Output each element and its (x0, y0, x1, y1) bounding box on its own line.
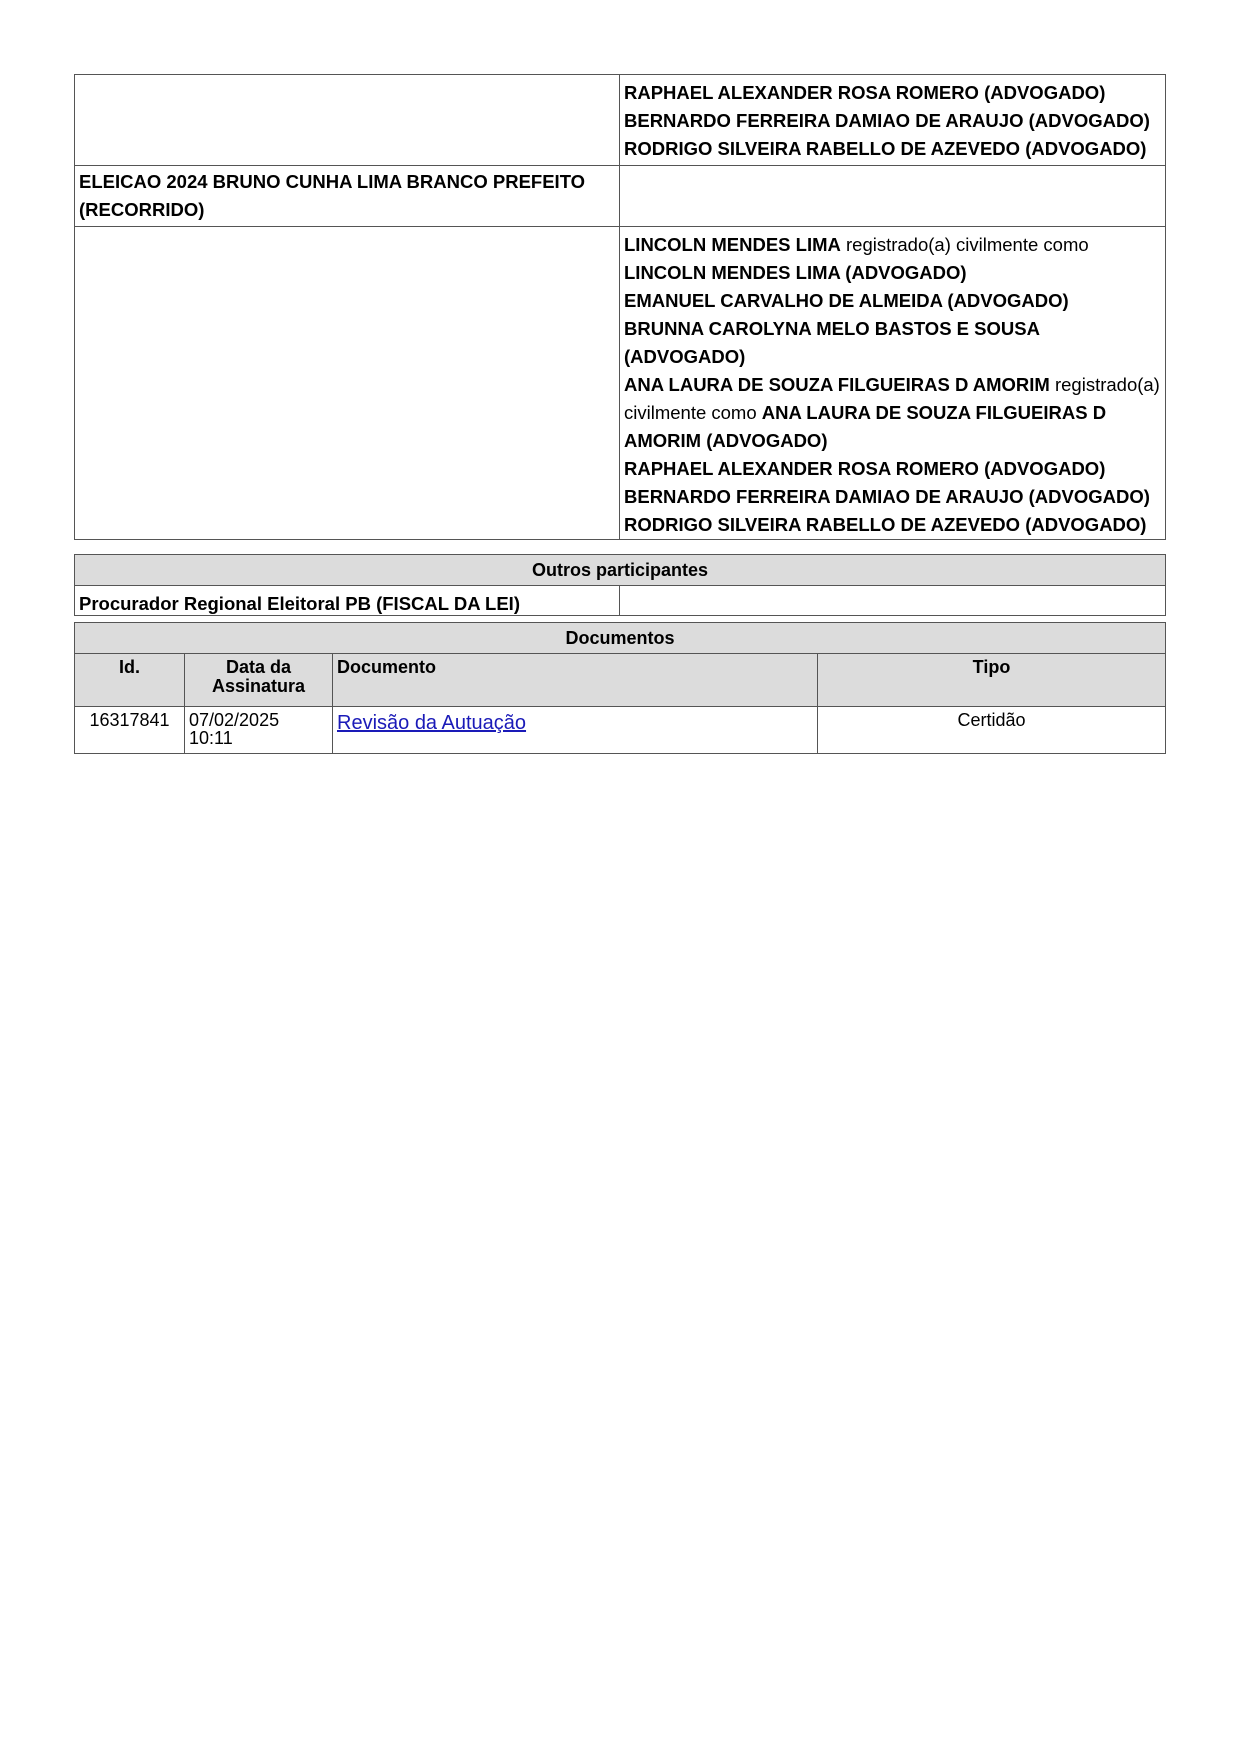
lawyers-cell: LINCOLN MENDES LIMA registrado(a) civilm… (620, 227, 1166, 540)
party-row: RAPHAEL ALEXANDER ROSA ROMERO (ADVOGADO)… (75, 75, 1166, 166)
participant-extra-cell (620, 586, 1166, 616)
column-header-row: Id. Data da Assinatura Documento Tipo (75, 654, 1166, 707)
party-cell (75, 227, 620, 540)
lawyer-entry: RODRIGO SILVEIRA RABELLO DE AZEVEDO (ADV… (624, 135, 1161, 163)
document-link[interactable]: Revisão da Autuação (337, 712, 526, 734)
other-participants-table: Outros participantes Procurador Regional… (74, 554, 1166, 616)
section-header-row: Outros participantes (75, 555, 1166, 586)
lawyer-entry: ANA LAURA DE SOUZA FILGUEIRAS D AMORIM r… (624, 371, 1161, 455)
table-row: 16317841 07/02/202510:11 Revisão da Autu… (75, 707, 1166, 754)
document-name-cell: Revisão da Autuação (333, 707, 818, 754)
party-cell (75, 75, 620, 166)
lawyers-cell: RAPHAEL ALEXANDER ROSA ROMERO (ADVOGADO)… (620, 75, 1166, 166)
lawyer-entry: BERNARDO FERREIRA DAMIAO DE ARAUJO (ADVO… (624, 483, 1161, 511)
lawyer-entry: BERNARDO FERREIRA DAMIAO DE ARAUJO (ADVO… (624, 107, 1161, 135)
column-header-document: Documento (333, 654, 818, 707)
document-date: 07/02/202510:11 (185, 707, 333, 754)
lawyers-cell (620, 166, 1166, 227)
lawyer-entry: BRUNNA CAROLYNA MELO BASTOS E SOUSA (ADV… (624, 315, 1161, 371)
lawyer-entry: RAPHAEL ALEXANDER ROSA ROMERO (ADVOGADO) (624, 455, 1161, 483)
lawyer-entry: RAPHAEL ALEXANDER ROSA ROMERO (ADVOGADO) (624, 79, 1161, 107)
participant-row: Procurador Regional Eleitoral PB (FISCAL… (75, 586, 1166, 616)
parties-table: RAPHAEL ALEXANDER ROSA ROMERO (ADVOGADO)… (74, 74, 1166, 540)
section-title: Documentos (75, 623, 1166, 654)
party-cell: ELEICAO 2024 BRUNO CUNHA LIMA BRANCO PRE… (75, 166, 620, 227)
lawyer-entry: LINCOLN MENDES LIMA registrado(a) civilm… (624, 231, 1161, 287)
column-header-type: Tipo (818, 654, 1166, 707)
participant-cell: Procurador Regional Eleitoral PB (FISCAL… (75, 586, 620, 616)
lawyer-entry: EMANUEL CARVALHO DE ALMEIDA (ADVOGADO) (624, 287, 1161, 315)
document-id: 16317841 (75, 707, 185, 754)
party-row: ELEICAO 2024 BRUNO CUNHA LIMA BRANCO PRE… (75, 166, 1166, 227)
section-header-row: Documentos (75, 623, 1166, 654)
column-header-date: Data da Assinatura (185, 654, 333, 707)
documents-table: Documentos Id. Data da Assinatura Docume… (74, 622, 1166, 754)
column-header-id: Id. (75, 654, 185, 707)
party-row: LINCOLN MENDES LIMA registrado(a) civilm… (75, 227, 1166, 540)
section-title: Outros participantes (75, 555, 1166, 586)
document-type: Certidão (818, 707, 1166, 754)
lawyer-entry: RODRIGO SILVEIRA RABELLO DE AZEVEDO (ADV… (624, 511, 1161, 539)
